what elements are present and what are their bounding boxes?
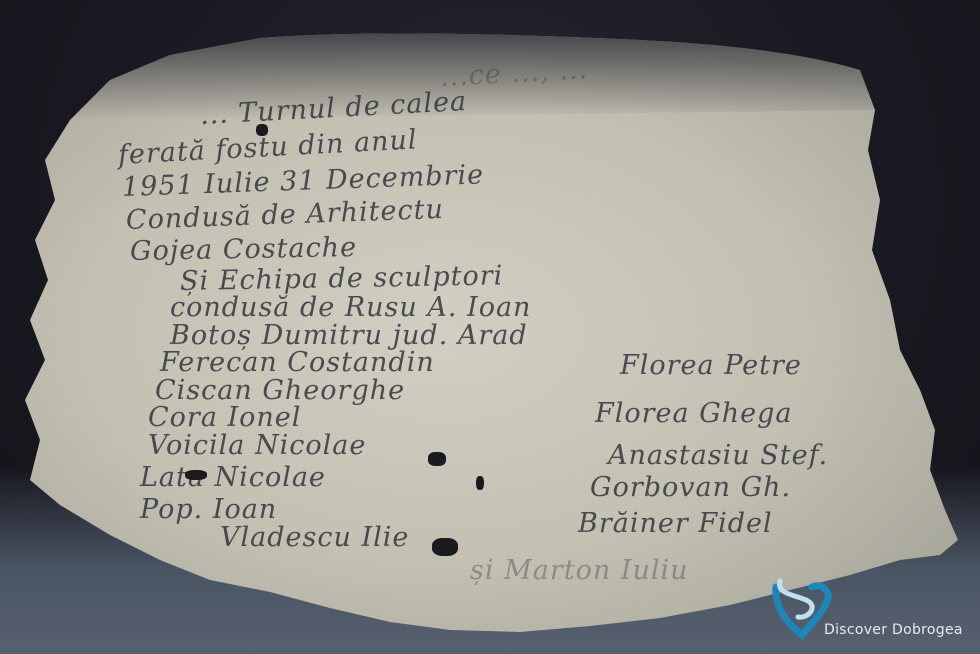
ink-stain bbox=[428, 452, 446, 466]
ink-stain bbox=[476, 476, 484, 490]
text-line-right: Gorbovan Gh. bbox=[590, 472, 791, 503]
text-line: Lata Nicolae bbox=[140, 462, 326, 493]
text-line: condusă de Rusu A. Ioan bbox=[170, 292, 531, 323]
text-line: Cora Ionel bbox=[148, 402, 301, 433]
text-line-right: Anastasiu Stef. bbox=[608, 440, 828, 471]
ink-stain bbox=[185, 470, 207, 480]
ink-stain bbox=[256, 124, 268, 136]
handwritten-text: ...ce ..., ... ... Turnul de calea ferat… bbox=[0, 0, 980, 654]
watermark: Discover Dobrogea bbox=[768, 575, 980, 645]
text-line: Gojea Costache bbox=[130, 232, 358, 267]
text-line-right: Florea Petre bbox=[620, 350, 802, 381]
watermark-label: Discover Dobrogea bbox=[824, 622, 963, 638]
text-line: Voicila Nicolae bbox=[148, 430, 366, 461]
text-line: Ferecan Costandin bbox=[160, 347, 435, 378]
ink-stain bbox=[432, 538, 458, 556]
text-line: Vladescu Ilie bbox=[220, 522, 409, 553]
text-line-right: Brăiner Fidel bbox=[578, 508, 773, 539]
text-line: Pop. Ioan bbox=[140, 494, 277, 525]
text-line: și Marton Iuliu bbox=[470, 555, 689, 586]
text-line-right: Florea Ghega bbox=[595, 398, 793, 429]
text-line: ... Turnul de calea bbox=[199, 86, 468, 131]
